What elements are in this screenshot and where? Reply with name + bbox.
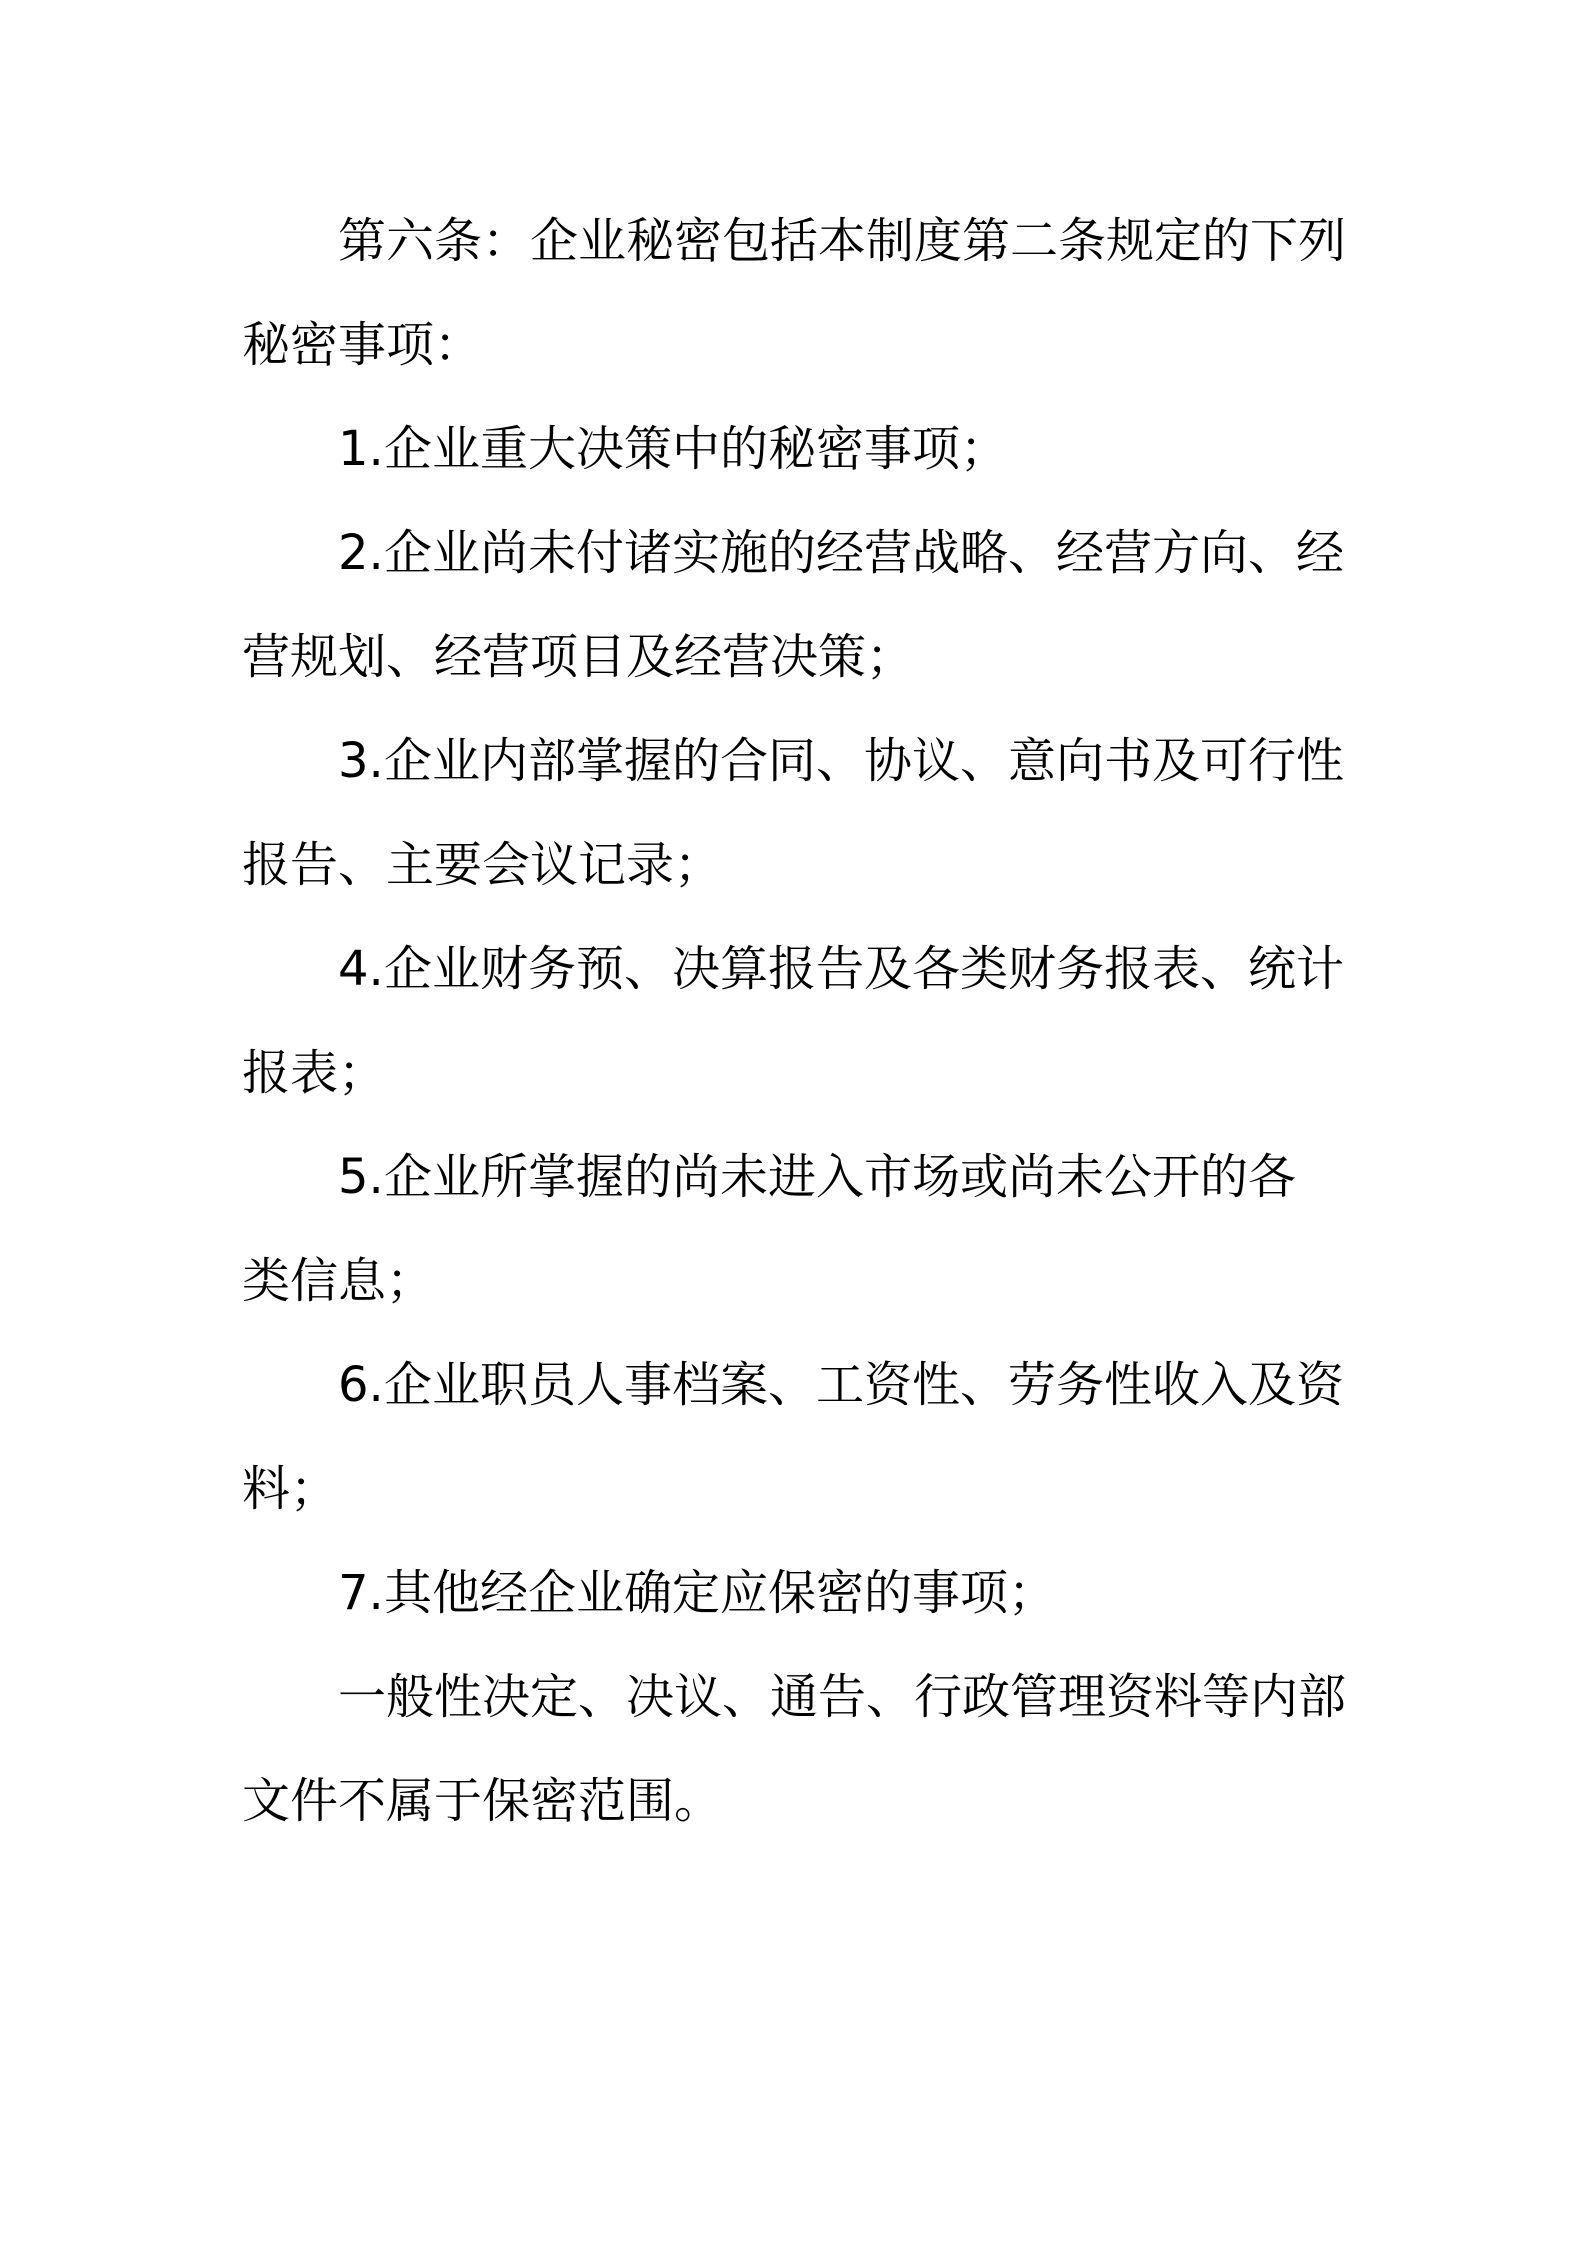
list-item-1: 1.企业重大决策中的秘密事项； xyxy=(242,397,1362,501)
list-item-6-line-2: 料； xyxy=(242,1437,1362,1541)
list-item-number: 2. xyxy=(338,501,384,605)
list-item-2-line-2: 营规划、经营项目及经营决策； xyxy=(242,605,1362,709)
list-item-number: 1. xyxy=(338,397,384,501)
list-item-5: 5.企业所掌握的尚未进入市场或尚未公开的各 类信息； xyxy=(242,1125,1362,1333)
list-item-text: 企业尚未付诸实施的经营战略、经营方向、经 xyxy=(384,525,1344,581)
list-item-text: 企业重大决策中的秘密事项； xyxy=(384,421,1008,477)
list-item-7: 7.其他经企业确定应保密的事项； xyxy=(242,1541,1362,1645)
list-item-1-line-1: 1.企业重大决策中的秘密事项； xyxy=(242,397,1362,501)
list-item-3-line-2: 报告、主要会议记录； xyxy=(242,813,1362,917)
list-item-text: 企业职员人事档案、工资性、劳务性收入及资 xyxy=(384,1357,1344,1413)
list-item-6-line-1: 6.企业职员人事档案、工资性、劳务性收入及资 xyxy=(242,1333,1362,1437)
list-item-4: 4.企业财务预、决算报告及各类财务报表、统计 报表； xyxy=(242,917,1362,1125)
list-item-5-line-2: 类信息； xyxy=(242,1229,1362,1333)
closing-paragraph: 一般性决定、决议、通告、行政管理资料等内部 文件不属于保密范围。 xyxy=(242,1645,1362,1853)
list-item-7-line-1: 7.其他经企业确定应保密的事项； xyxy=(242,1541,1362,1645)
list-item-text: 其他经企业确定应保密的事项； xyxy=(384,1565,1056,1621)
list-item-text: 企业内部掌握的合同、协议、意向书及可行性 xyxy=(384,733,1344,789)
list-item-text: 企业所掌握的尚未进入市场或尚未公开的各 xyxy=(384,1149,1296,1205)
list-item-6: 6.企业职员人事档案、工资性、劳务性收入及资 料； xyxy=(242,1333,1362,1541)
list-item-2-line-1: 2.企业尚未付诸实施的经营战略、经营方向、经 xyxy=(242,501,1362,605)
list-item-5-line-1: 5.企业所掌握的尚未进入市场或尚未公开的各 xyxy=(242,1125,1362,1229)
article-intro-line-1: 第六条：企业秘密包括本制度第二条规定的下列 xyxy=(242,189,1362,293)
closing-line-1: 一般性决定、决议、通告、行政管理资料等内部 xyxy=(242,1645,1362,1749)
list-item-number: 7. xyxy=(338,1541,384,1645)
list-item-2: 2.企业尚未付诸实施的经营战略、经营方向、经 营规划、经营项目及经营决策； xyxy=(242,501,1362,709)
article-intro-paragraph: 第六条：企业秘密包括本制度第二条规定的下列 秘密事项： xyxy=(242,189,1362,397)
list-item-number: 6. xyxy=(338,1333,384,1437)
list-item-number: 5. xyxy=(338,1125,384,1229)
article-intro-line-2: 秘密事项： xyxy=(242,293,1362,397)
list-item-4-line-2: 报表； xyxy=(242,1021,1362,1125)
closing-line-2: 文件不属于保密范围。 xyxy=(242,1749,1362,1853)
list-item-3-line-1: 3.企业内部掌握的合同、协议、意向书及可行性 xyxy=(242,709,1362,813)
list-item-number: 4. xyxy=(338,917,384,1021)
list-item-number: 3. xyxy=(338,709,384,813)
list-item-text: 企业财务预、决算报告及各类财务报表、统计 xyxy=(384,941,1344,997)
list-item-4-line-1: 4.企业财务预、决算报告及各类财务报表、统计 xyxy=(242,917,1362,1021)
list-item-3: 3.企业内部掌握的合同、协议、意向书及可行性 报告、主要会议记录； xyxy=(242,709,1362,917)
document-page: 第六条：企业秘密包括本制度第二条规定的下列 秘密事项： 1.企业重大决策中的秘密… xyxy=(0,0,1587,2245)
document-body: 第六条：企业秘密包括本制度第二条规定的下列 秘密事项： 1.企业重大决策中的秘密… xyxy=(242,189,1362,1853)
